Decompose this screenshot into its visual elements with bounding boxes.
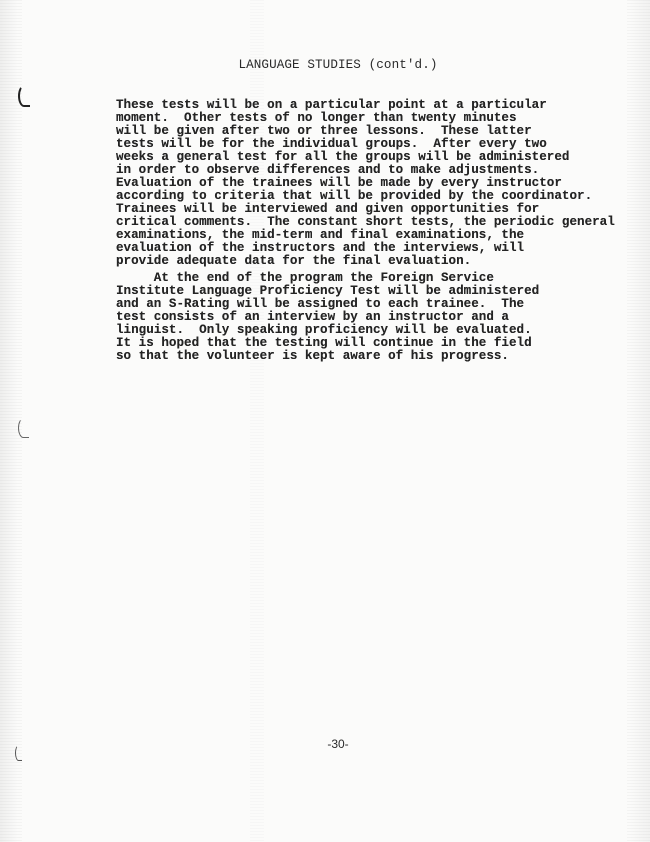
paragraph-2: At the end of the program the Foreign Se… — [116, 272, 636, 363]
document-page: LANGUAGE STUDIES (cont'd.) These tests w… — [0, 0, 650, 842]
binding-hole-mark — [18, 418, 29, 438]
binding-hole-mark — [18, 85, 30, 107]
text-line: so that the volunteer is kept aware of h… — [116, 350, 636, 363]
paragraph-1: These tests will be on a particular poin… — [116, 99, 636, 268]
section-heading: LANGUAGE STUDIES (cont'd.) — [0, 58, 650, 72]
text-line: provide adequate data for the final eval… — [116, 255, 636, 268]
page-number: -30- — [0, 737, 650, 751]
